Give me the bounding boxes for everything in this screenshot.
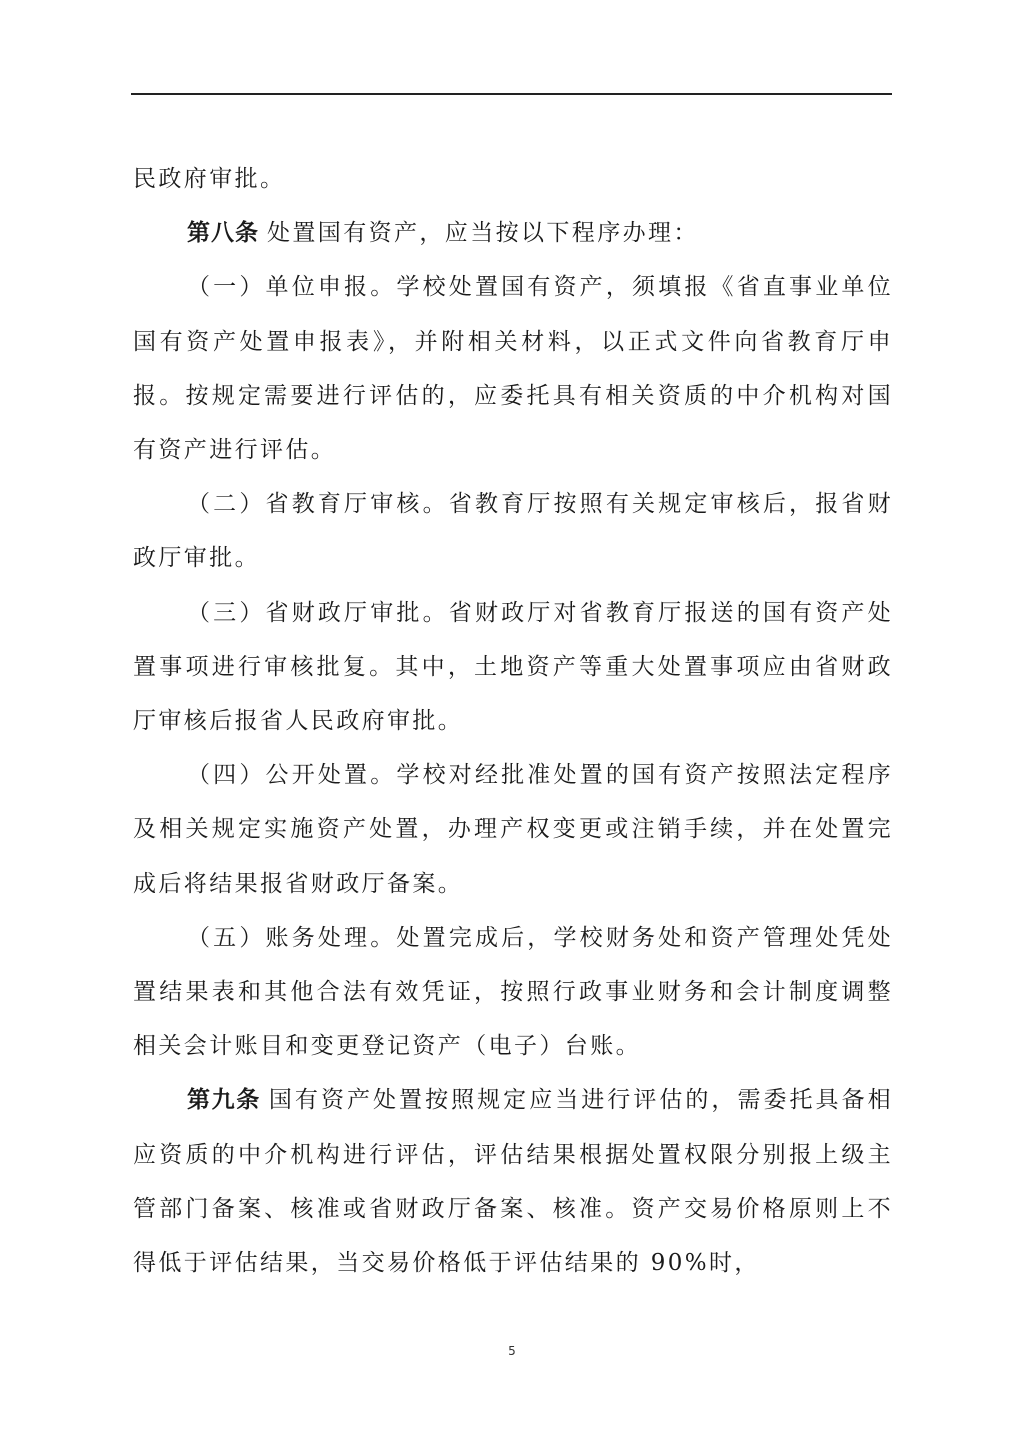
paragraph-text: （三）省财政厅审批。省财政厅对省教育厅报送的国有资产处置事项进行审核批复。其中，… <box>133 600 893 734</box>
paragraph-text: 民政府审批。 <box>133 166 285 192</box>
paragraph-text: （五）账务处理。处置完成后，学校财务处和资产管理处凭处置结果表和其他合法有效凭证… <box>133 925 893 1059</box>
paragraph-text: 国有资产处置按照规定应当进行评估的，需委托具备相应资质的中介机构进行评估，评估结… <box>133 1087 893 1276</box>
procedure-item-3: （三）省财政厅审批。省财政厅对省教育厅报送的国有资产处置事项进行审核批复。其中，… <box>133 586 893 749</box>
article-heading: 第九条 <box>187 1086 261 1113</box>
document-body: 民政府审批。 第八条处置国有资产，应当按以下程序办理： （一）单位申报。学校处置… <box>133 152 893 1290</box>
header-rule <box>131 93 892 95</box>
procedure-item-1: （一）单位申报。学校处置国有资产，须填报《省直事业单位国有资产处置申报表》，并附… <box>133 260 893 477</box>
paragraph-text: （二）省教育厅审核。省教育厅按照有关规定审核后，报省财政厅审批。 <box>133 491 893 571</box>
article-9: 第九条国有资产处置按照规定应当进行评估的，需委托具备相应资质的中介机构进行评估，… <box>133 1073 893 1290</box>
article-heading: 第八条 <box>187 219 259 246</box>
paragraph-continuation: 民政府审批。 <box>133 152 893 206</box>
article-8: 第八条处置国有资产，应当按以下程序办理： <box>133 206 893 260</box>
page-number: 5 <box>0 1344 1024 1358</box>
paragraph-text: （四）公开处置。学校对经批准处置的国有资产按照法定程序及相关规定实施资产处置，办… <box>133 762 893 896</box>
paragraph-text: （一）单位申报。学校处置国有资产，须填报《省直事业单位国有资产处置申报表》，并附… <box>133 274 893 463</box>
procedure-item-5: （五）账务处理。处置完成后，学校财务处和资产管理处凭处置结果表和其他合法有效凭证… <box>133 911 893 1074</box>
procedure-item-2: （二）省教育厅审核。省教育厅按照有关规定审核后，报省财政厅审批。 <box>133 477 893 585</box>
paragraph-text: 处置国有资产，应当按以下程序办理： <box>267 220 699 246</box>
procedure-item-4: （四）公开处置。学校对经批准处置的国有资产按照法定程序及相关规定实施资产处置，办… <box>133 748 893 911</box>
